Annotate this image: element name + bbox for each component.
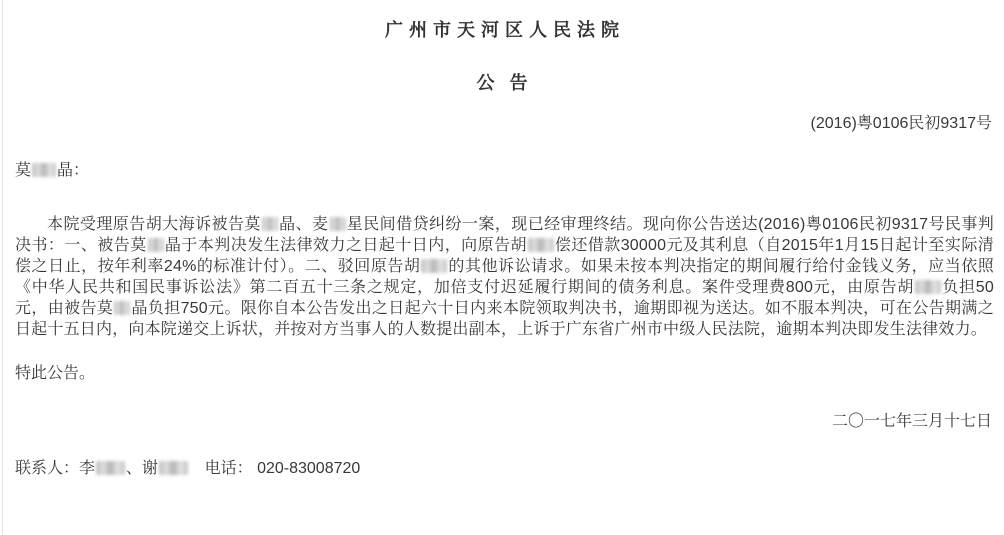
case-number: (2016)粤0106民初9317号 <box>0 116 1004 132</box>
closing-line: 特此公告。 <box>0 363 1004 384</box>
redacted-name <box>159 461 188 475</box>
contact-line: 联系人：李、谢 电话： 020-83008720 <box>0 458 1004 479</box>
court-announcement-page: 广州市天河区人民法院 公告 (2016)粤0106民初9317号 莫晶： 本院受… <box>0 0 1004 535</box>
redacted-name <box>528 238 554 252</box>
redacted-name <box>421 259 447 273</box>
announcement-title: 公告 <box>0 73 1004 93</box>
redacted-name <box>330 217 346 231</box>
redacted-name <box>915 280 941 294</box>
redacted-name <box>262 217 278 231</box>
redacted-name <box>32 163 56 177</box>
announcement-body: 本院受理原告胡大海诉被告莫晶、麦星民间借贷纠纷一案，现已经审理终结。现向你公告送… <box>15 214 994 340</box>
redacted-name <box>96 461 125 475</box>
redacted-name <box>148 238 164 252</box>
court-name-heading: 广州市天河区人民法院 <box>0 0 1004 40</box>
page-edge-line <box>2 0 3 535</box>
date-line: 二〇一七年三月十七日 <box>0 411 1004 432</box>
addressee-line: 莫晶： <box>0 162 1004 180</box>
redacted-name <box>114 301 130 315</box>
